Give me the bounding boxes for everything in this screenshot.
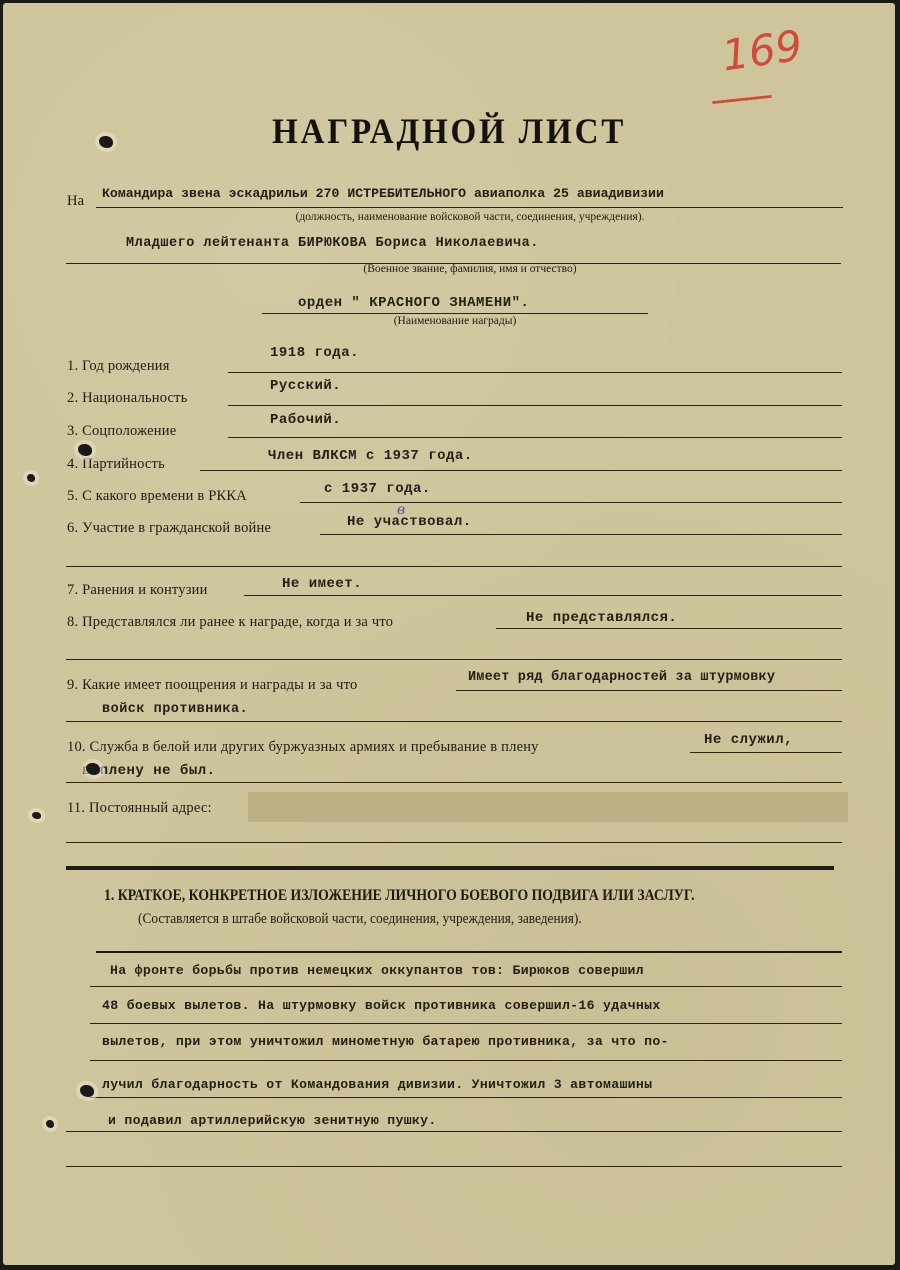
field-line-wounds	[244, 595, 842, 596]
position-value: Командира звена эскадрильи 270 ИСТРЕБИТЕ…	[102, 186, 664, 201]
field-line-civil-war-2	[66, 566, 842, 567]
field-value-party: Член ВЛКСМ с 1937 года.	[268, 448, 473, 464]
punch-hole	[99, 136, 113, 148]
field-line-address-2	[66, 842, 842, 843]
field-line-rkka-since	[300, 502, 842, 503]
field-line-social-status	[228, 437, 842, 438]
section-divider	[66, 866, 834, 870]
position-caption: (должность, наименование войсковой части…	[160, 211, 780, 223]
narrative-underline	[66, 1131, 842, 1132]
narrative-underline	[90, 986, 842, 987]
field-line-party	[200, 470, 842, 471]
narrative-line: и подавил артиллерийскую зенитную пушку.	[108, 1113, 437, 1128]
narrative-underline	[90, 1097, 842, 1098]
field-value-commendations: Имеет ряд благодарностей за штурмовку	[468, 670, 775, 685]
section-subheading: (Составляется в штабе войсковой части, с…	[138, 911, 582, 928]
field-line-previous-awards-2	[66, 659, 842, 660]
person-caption: (Военное звание, фамилия, имя и отчество…	[220, 263, 720, 275]
field-value-white-army: Не служил,	[704, 732, 793, 748]
section-heading: 1. КРАТКОЕ, КОНКРЕТНОЕ ИЗЛОЖЕНИЕ ЛИЧНОГО…	[104, 887, 695, 905]
field-line-nationality	[228, 405, 842, 406]
field-value-nationality: Русский.	[270, 378, 341, 394]
punch-hole	[27, 474, 35, 482]
field-value-birth-year: 1918 года.	[270, 345, 359, 361]
field-line-birth-year	[228, 372, 842, 373]
award-caption: (Наименование награды)	[330, 315, 580, 327]
field-value-civil-war: Не участвовал.	[347, 514, 472, 530]
punch-hole	[32, 812, 41, 819]
field-line-white-army	[690, 752, 842, 753]
position-line	[96, 207, 843, 208]
punch-hole	[78, 444, 92, 456]
person-value: Младшего лейтенанта БИРЮКОВА Бориса Нико…	[126, 236, 539, 251]
field-line-commendations	[456, 690, 842, 691]
narrative-line: На фронте борьбы против немецких оккупан…	[110, 963, 644, 978]
field-value-white-army-cont: в плену не был.	[82, 763, 216, 779]
address-redaction	[248, 792, 848, 822]
field-value-commendations-cont: войск противника.	[102, 702, 248, 717]
field-label-party: 4. Партийность	[67, 456, 165, 473]
field-label-address: 11. Постоянный адрес:	[67, 800, 212, 817]
field-label-birth-year: 1. Год рождения	[67, 358, 170, 375]
field-value-wounds: Не имеет.	[282, 576, 362, 592]
narrative-line: лучил благодарность от Командования диви…	[102, 1077, 652, 1092]
field-label-previous-awards: 8. Представлялся ли ранее к награде, ког…	[67, 614, 393, 631]
field-line-civil-war	[320, 534, 842, 535]
punch-hole	[80, 1085, 94, 1097]
field-line-commendations-2	[66, 721, 842, 722]
narrative-line: вылетов, при этом уничтожил минометную б…	[102, 1034, 669, 1049]
field-line-white-army-2	[66, 782, 842, 783]
narrative-underline-blank	[66, 1166, 842, 1167]
field-value-rkka-since: с 1937 года.	[324, 481, 431, 497]
section-divider-2	[96, 951, 842, 953]
field-label-civil-war: 6. Участие в гражданской войне	[67, 520, 271, 537]
narrative-line: 48 боевых вылетов. На штурмовку войск пр…	[102, 998, 661, 1013]
field-label-white-army: 10. Служба в белой или других буржуазных…	[67, 739, 539, 756]
field-label-social-status: 3. Соцположение	[67, 423, 176, 440]
field-label-commendations: 9. Какие имеет поощрения и награды и за …	[67, 677, 357, 694]
field-label-wounds: 7. Ранения и контузии	[67, 582, 208, 599]
field-value-previous-awards: Не представлялся.	[526, 610, 677, 626]
punch-hole	[46, 1120, 54, 1128]
field-label-rkka-since: 5. С какого времени в РККА	[67, 488, 247, 505]
award-line	[262, 313, 648, 314]
handwritten-correction: в	[397, 502, 405, 518]
document-title: НАГРАДНОЙ ЛИСТ	[272, 110, 626, 152]
field-label-nationality: 2. Национальность	[67, 390, 188, 407]
award-value: орден " КРАСНОГО ЗНАМЕНИ".	[298, 295, 529, 311]
field-value-social-status: Рабочий.	[270, 412, 341, 428]
narrative-underline	[90, 1023, 842, 1024]
punch-hole	[86, 763, 100, 775]
na-label: На	[67, 193, 84, 210]
narrative-underline	[90, 1060, 842, 1061]
field-line-previous-awards	[496, 628, 842, 629]
